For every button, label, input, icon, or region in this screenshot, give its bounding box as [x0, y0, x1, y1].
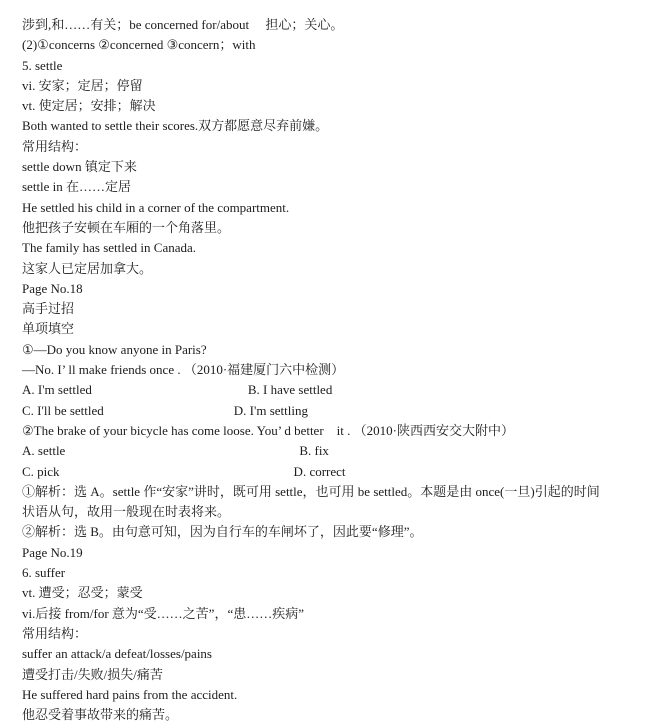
text-line: suffer an attack/a defeat/losses/pains: [22, 644, 668, 664]
text-line: ②The brake of your bicycle has come loos…: [22, 421, 668, 441]
text-line: settle in 在……定居: [22, 177, 668, 197]
text-line: 状语从句，故用一般现在时表将来。: [22, 502, 668, 522]
text-line: A. settle B. fix: [22, 441, 668, 461]
text-line: ①—Do you know anyone in Paris?: [22, 340, 668, 360]
text-line: vt. 遭受；忍受；蒙受: [22, 583, 668, 603]
text-line: Page No.19: [22, 543, 668, 563]
text-line: 他把孩子安顿在车厢的一个角落里。: [22, 218, 668, 238]
text-line: He settled his child in a corner of the …: [22, 198, 668, 218]
text-line: 他忍受着事故带来的痛苦。: [22, 705, 668, 725]
text-line: (2)①concerns ②concerned ③concern；with: [22, 35, 668, 55]
text-line: settle down 镇定下来: [22, 157, 668, 177]
text-line: C. pick D. correct: [22, 462, 668, 482]
text-line: 常用结构：: [22, 624, 668, 644]
text-line: 6. suffer: [22, 563, 668, 583]
text-line: C. I'll be settled D. I'm settling: [22, 401, 668, 421]
text-line: 5. settle: [22, 56, 668, 76]
text-line: 涉到,和……有关；be concerned for/about 担心；关心。: [22, 15, 668, 35]
text-line: ②解析：选 B。由句意可知，因为自行车的车闸坏了，因此要“修理”。: [22, 522, 668, 542]
text-line: —No. I’ ll make friends once . （2010·福建厦…: [22, 360, 668, 380]
text-line: ①解析：选 A。settle 作“安家”讲时，既可用 settle，也可用 be…: [22, 482, 668, 502]
text-line: 单项填空: [22, 319, 668, 339]
text-line: vi. 安家；定居；停留: [22, 76, 668, 96]
text-line: Page No.18: [22, 279, 668, 299]
text-line: 遭受打击/失败/损失/痛苦: [22, 665, 668, 685]
document-text-block: 涉到,和……有关；be concerned for/about 担心；关心。(2…: [22, 15, 668, 725]
text-line: 这家人已定居加拿大。: [22, 259, 668, 279]
text-line: The family has settled in Canada.: [22, 238, 668, 258]
text-line: vi.后接 from/for 意为“受……之苦”，“患……疾病”: [22, 604, 668, 624]
text-line: 常用结构：: [22, 137, 668, 157]
text-line: Both wanted to settle their scores.双方都愿意…: [22, 116, 668, 136]
document-page: 涉到,和……有关；be concerned for/about 担心；关心。(2…: [0, 0, 672, 725]
text-line: vt. 使定居；安排；解决: [22, 96, 668, 116]
text-line: He suffered hard pains from the accident…: [22, 685, 668, 705]
text-line: 高手过招: [22, 299, 668, 319]
text-line: A. I'm settled B. I have settled: [22, 380, 668, 400]
